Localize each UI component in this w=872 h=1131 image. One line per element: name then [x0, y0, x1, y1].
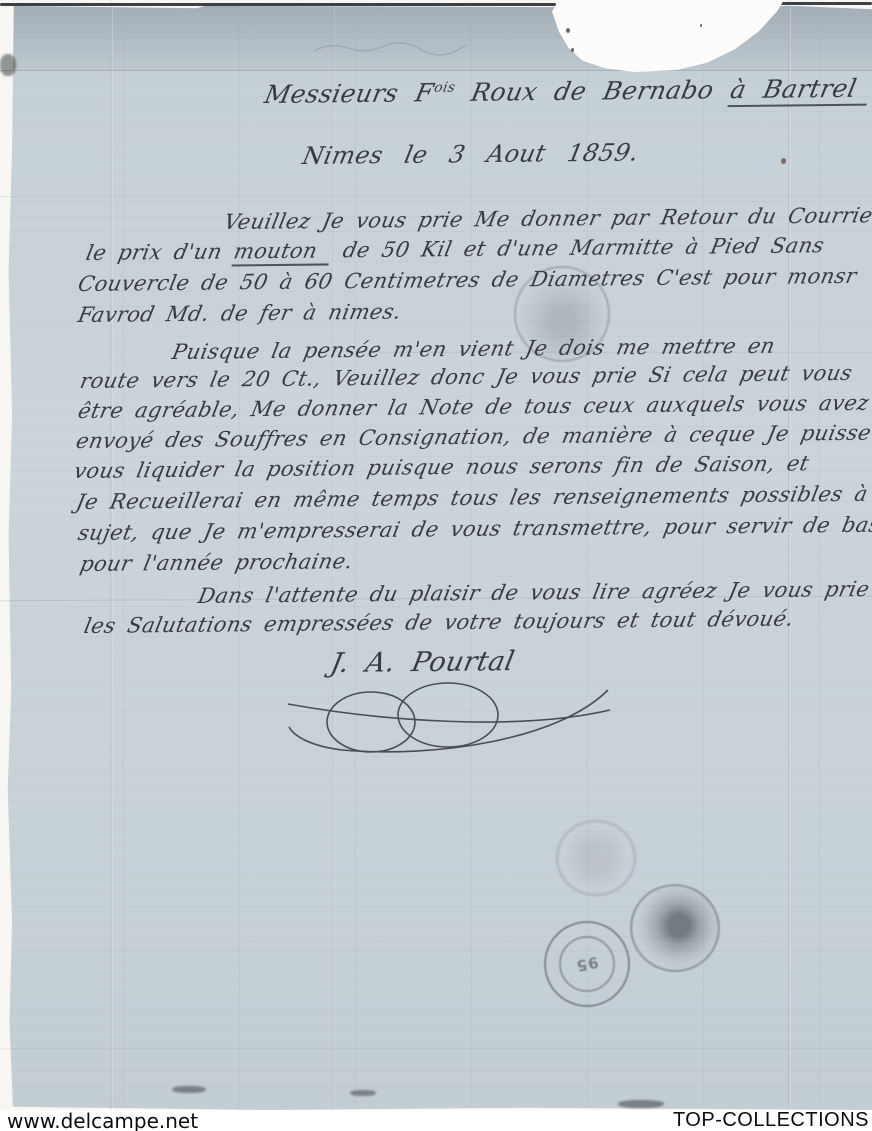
body-line: sujet, que Je m'empresserai de vous tran… — [76, 512, 872, 545]
watermark-right-brand: TOP-COLLECTIONS — [673, 1109, 869, 1131]
body-line: Favrod Md. de fer à nimes. — [76, 300, 404, 327]
body-line: vous liquider la position puisque nous s… — [72, 451, 811, 483]
body-line-segment: le prix d'un — [84, 239, 237, 265]
body-line: envoyé des Souffres en Consignation, de … — [74, 421, 872, 453]
recipient-destination-underlined: à Bartrel — [727, 74, 872, 108]
closing-line: Dans l'attente du plaisir de vous lire a… — [196, 577, 872, 608]
underlined-word-mouton: mouton — [231, 238, 334, 266]
watermark-left-url: www.delcampe.net — [7, 1109, 198, 1131]
body-line: le prix d'un mouton de 50 Kil et d'une M… — [84, 233, 826, 265]
scanned-letter-image: 95 Messieurs Fois Roux de Bernabo à Bart… — [0, 0, 872, 1131]
closing-line: les Salutations empressées de votre touj… — [82, 607, 796, 638]
recipient-part1: Messieurs F — [262, 78, 436, 109]
body-line: être agréable, Me donner la Note de tous… — [76, 391, 871, 423]
watermark-bar: www.delcampe.net TOP-COLLECTIONS — [0, 1110, 872, 1131]
body-line: Veuillez Je vous prie Me donner par Reto… — [222, 203, 872, 234]
body-line: pour l'année prochaine. — [78, 549, 355, 576]
body-line-segment: de 50 Kil et d'une Marmitte à Pied Sans — [329, 233, 827, 262]
handwriting-layer: Messieurs Fois Roux de Bernabo à Bartrel… — [0, 0, 872, 1110]
signature-flourish — [286, 664, 616, 774]
body-line: Puisque la pensée m'en vient Je dois me … — [170, 334, 777, 364]
recipient-line: Messieurs Fois Roux de Bernabo à Bartrel — [262, 74, 872, 109]
body-line: Je Recueillerai en même temps tous les r… — [74, 481, 872, 514]
date-line: Nimes le 3 Aout 1859. — [300, 138, 641, 170]
recipient-part2: Roux de Bernabo — [451, 75, 733, 107]
body-line: Couvercle de 50 à 60 Centimetres de Diam… — [76, 264, 859, 296]
body-line: route vers le 20 Ct., Veuillez donc Je v… — [78, 361, 855, 393]
